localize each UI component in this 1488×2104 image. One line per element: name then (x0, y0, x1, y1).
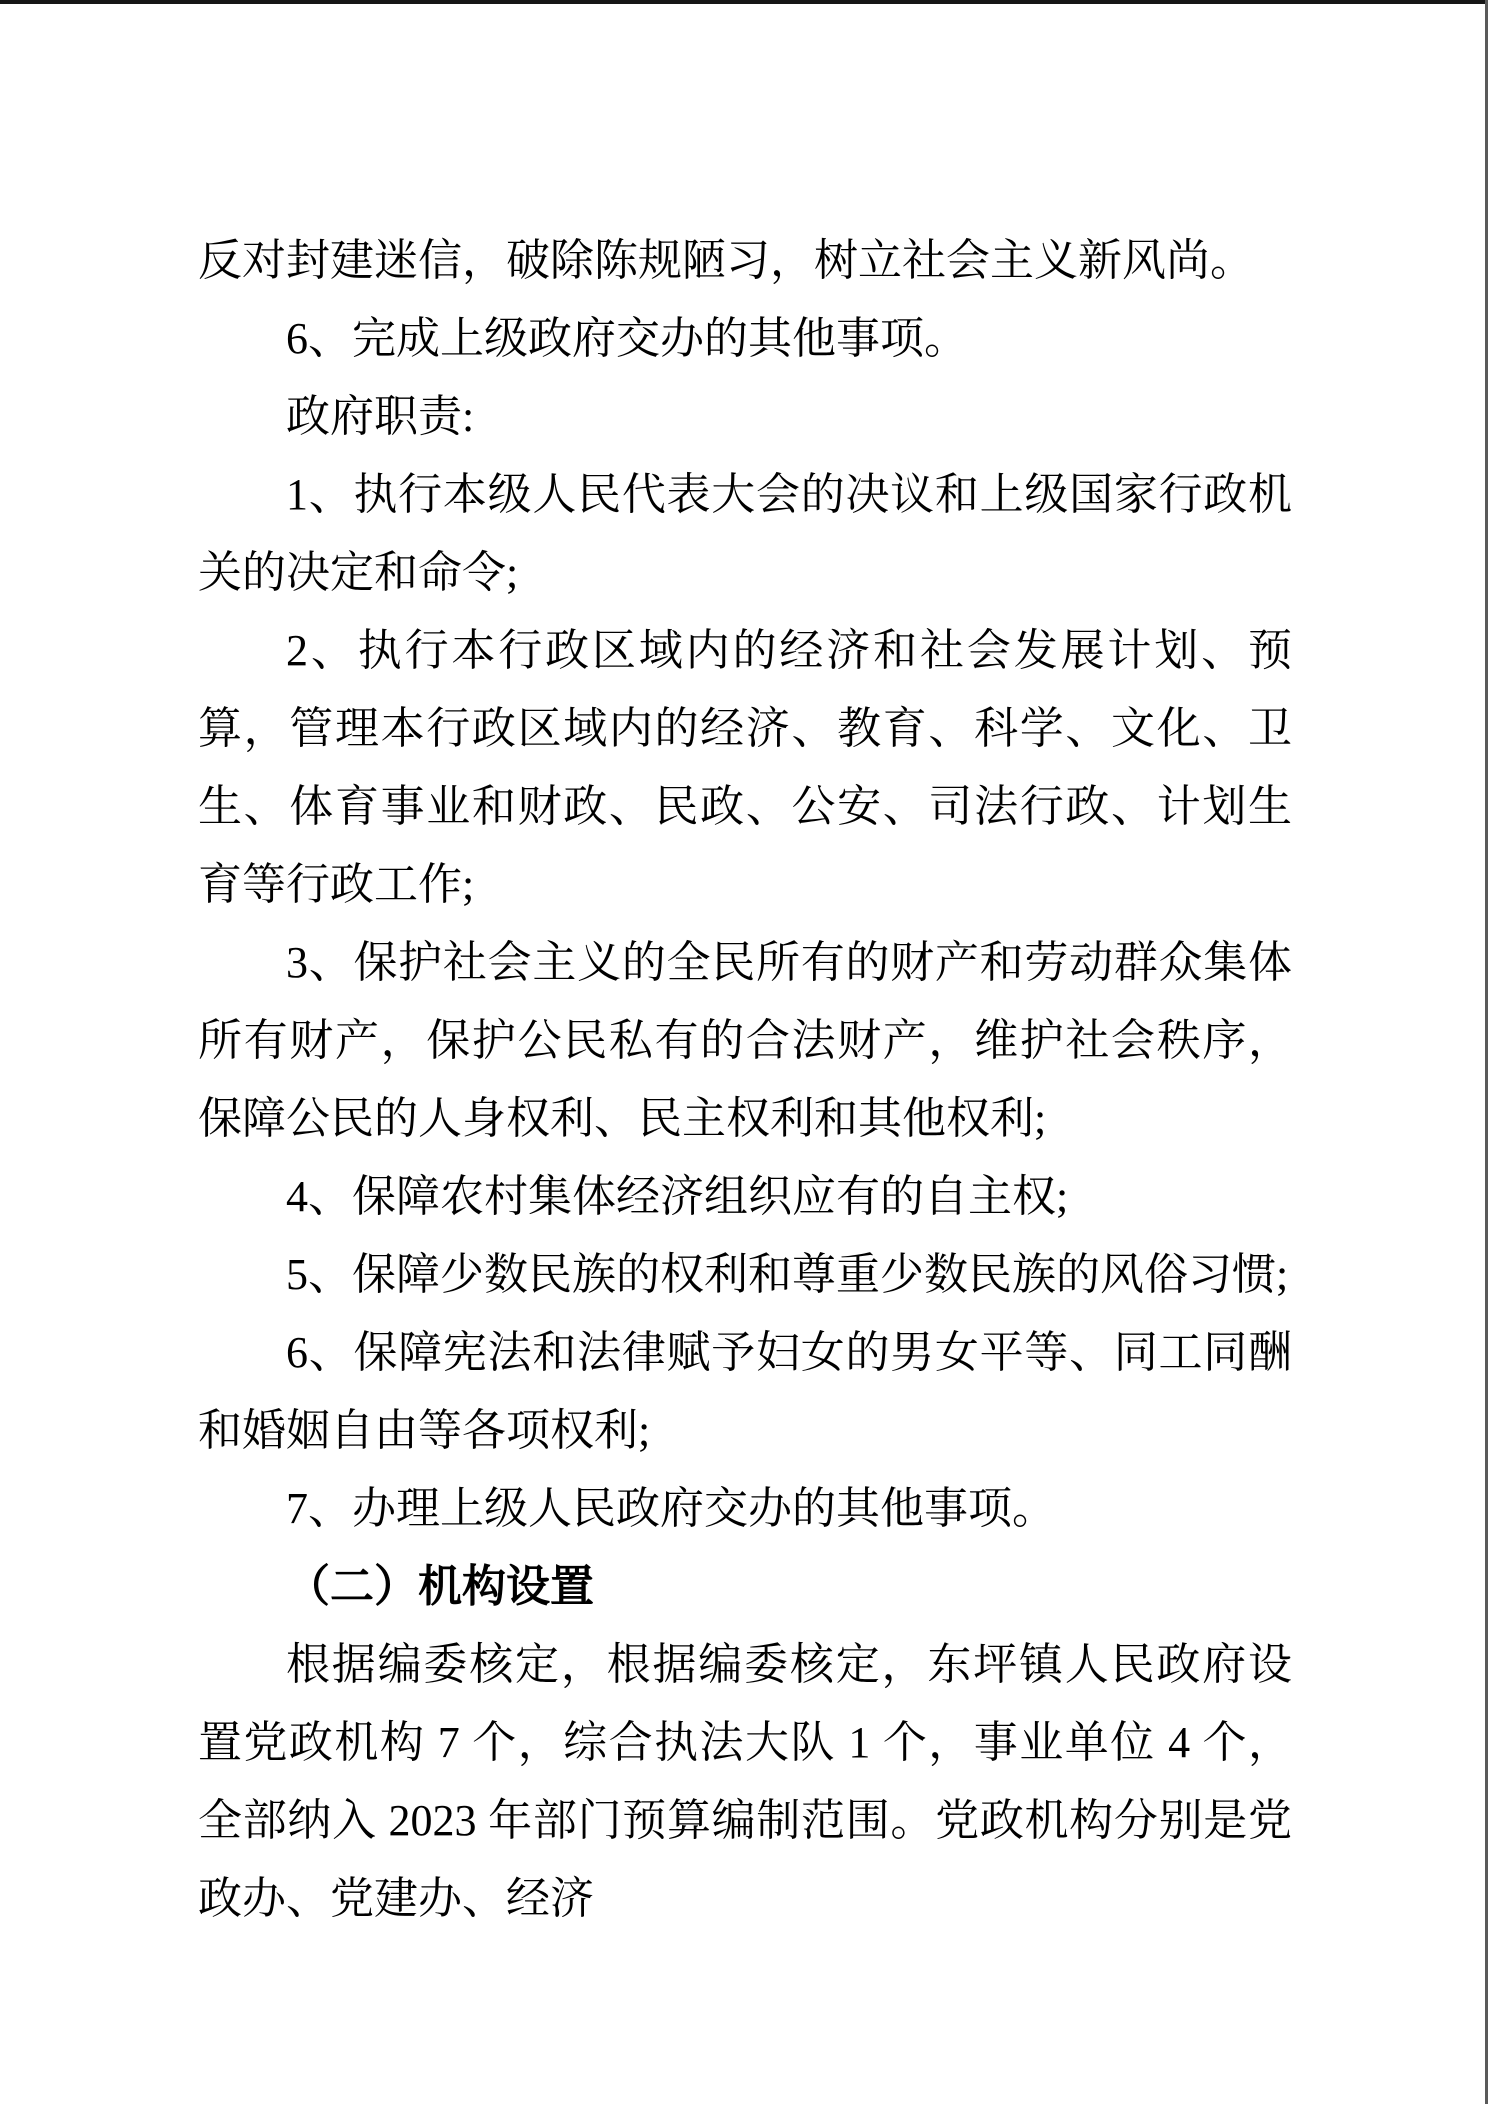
paragraph: 1、执行本级人民代表大会的决议和上级国家行政机关的决定和命令; (198, 456, 1292, 612)
paragraph: 3、保护社会主义的全民所有的财产和劳动群众集体所有财产，保护公民私有的合法财产，… (198, 924, 1292, 1158)
paragraph: 6、完成上级政府交办的其他事项。 (198, 300, 1292, 378)
paragraph: 4、保障农村集体经济组织应有的自主权; (198, 1158, 1292, 1236)
paragraph-continuation: 反对封建迷信，破除陈规陋习，树立社会主义新风尚。 (198, 222, 1292, 300)
document-page: 反对封建迷信，破除陈规陋习，树立社会主义新风尚。 6、完成上级政府交办的其他事项… (0, 0, 1488, 2104)
page-top-edge (0, 0, 1488, 4)
paragraph: 6、保障宪法和法律赋予妇女的男女平等、同工同酬和婚姻自由等各项权利; (198, 1314, 1292, 1470)
paragraph: 政府职责: (198, 378, 1292, 456)
paragraph: 根据编委核定，根据编委核定，东坪镇人民政府设置党政机构 7 个，综合执法大队 1… (198, 1626, 1292, 1938)
paragraph: 5、保障少数民族的权利和尊重少数民族的风俗习惯; (198, 1236, 1292, 1314)
section-heading: （二）机构设置 (198, 1548, 1292, 1626)
document-body: 反对封建迷信，破除陈规陋习，树立社会主义新风尚。 6、完成上级政府交办的其他事项… (198, 222, 1292, 1938)
paragraph: 2、执行本行政区域内的经济和社会发展计划、预算，管理本行政区域内的经济、教育、科… (198, 612, 1292, 924)
paragraph: 7、办理上级人民政府交办的其他事项。 (198, 1470, 1292, 1548)
